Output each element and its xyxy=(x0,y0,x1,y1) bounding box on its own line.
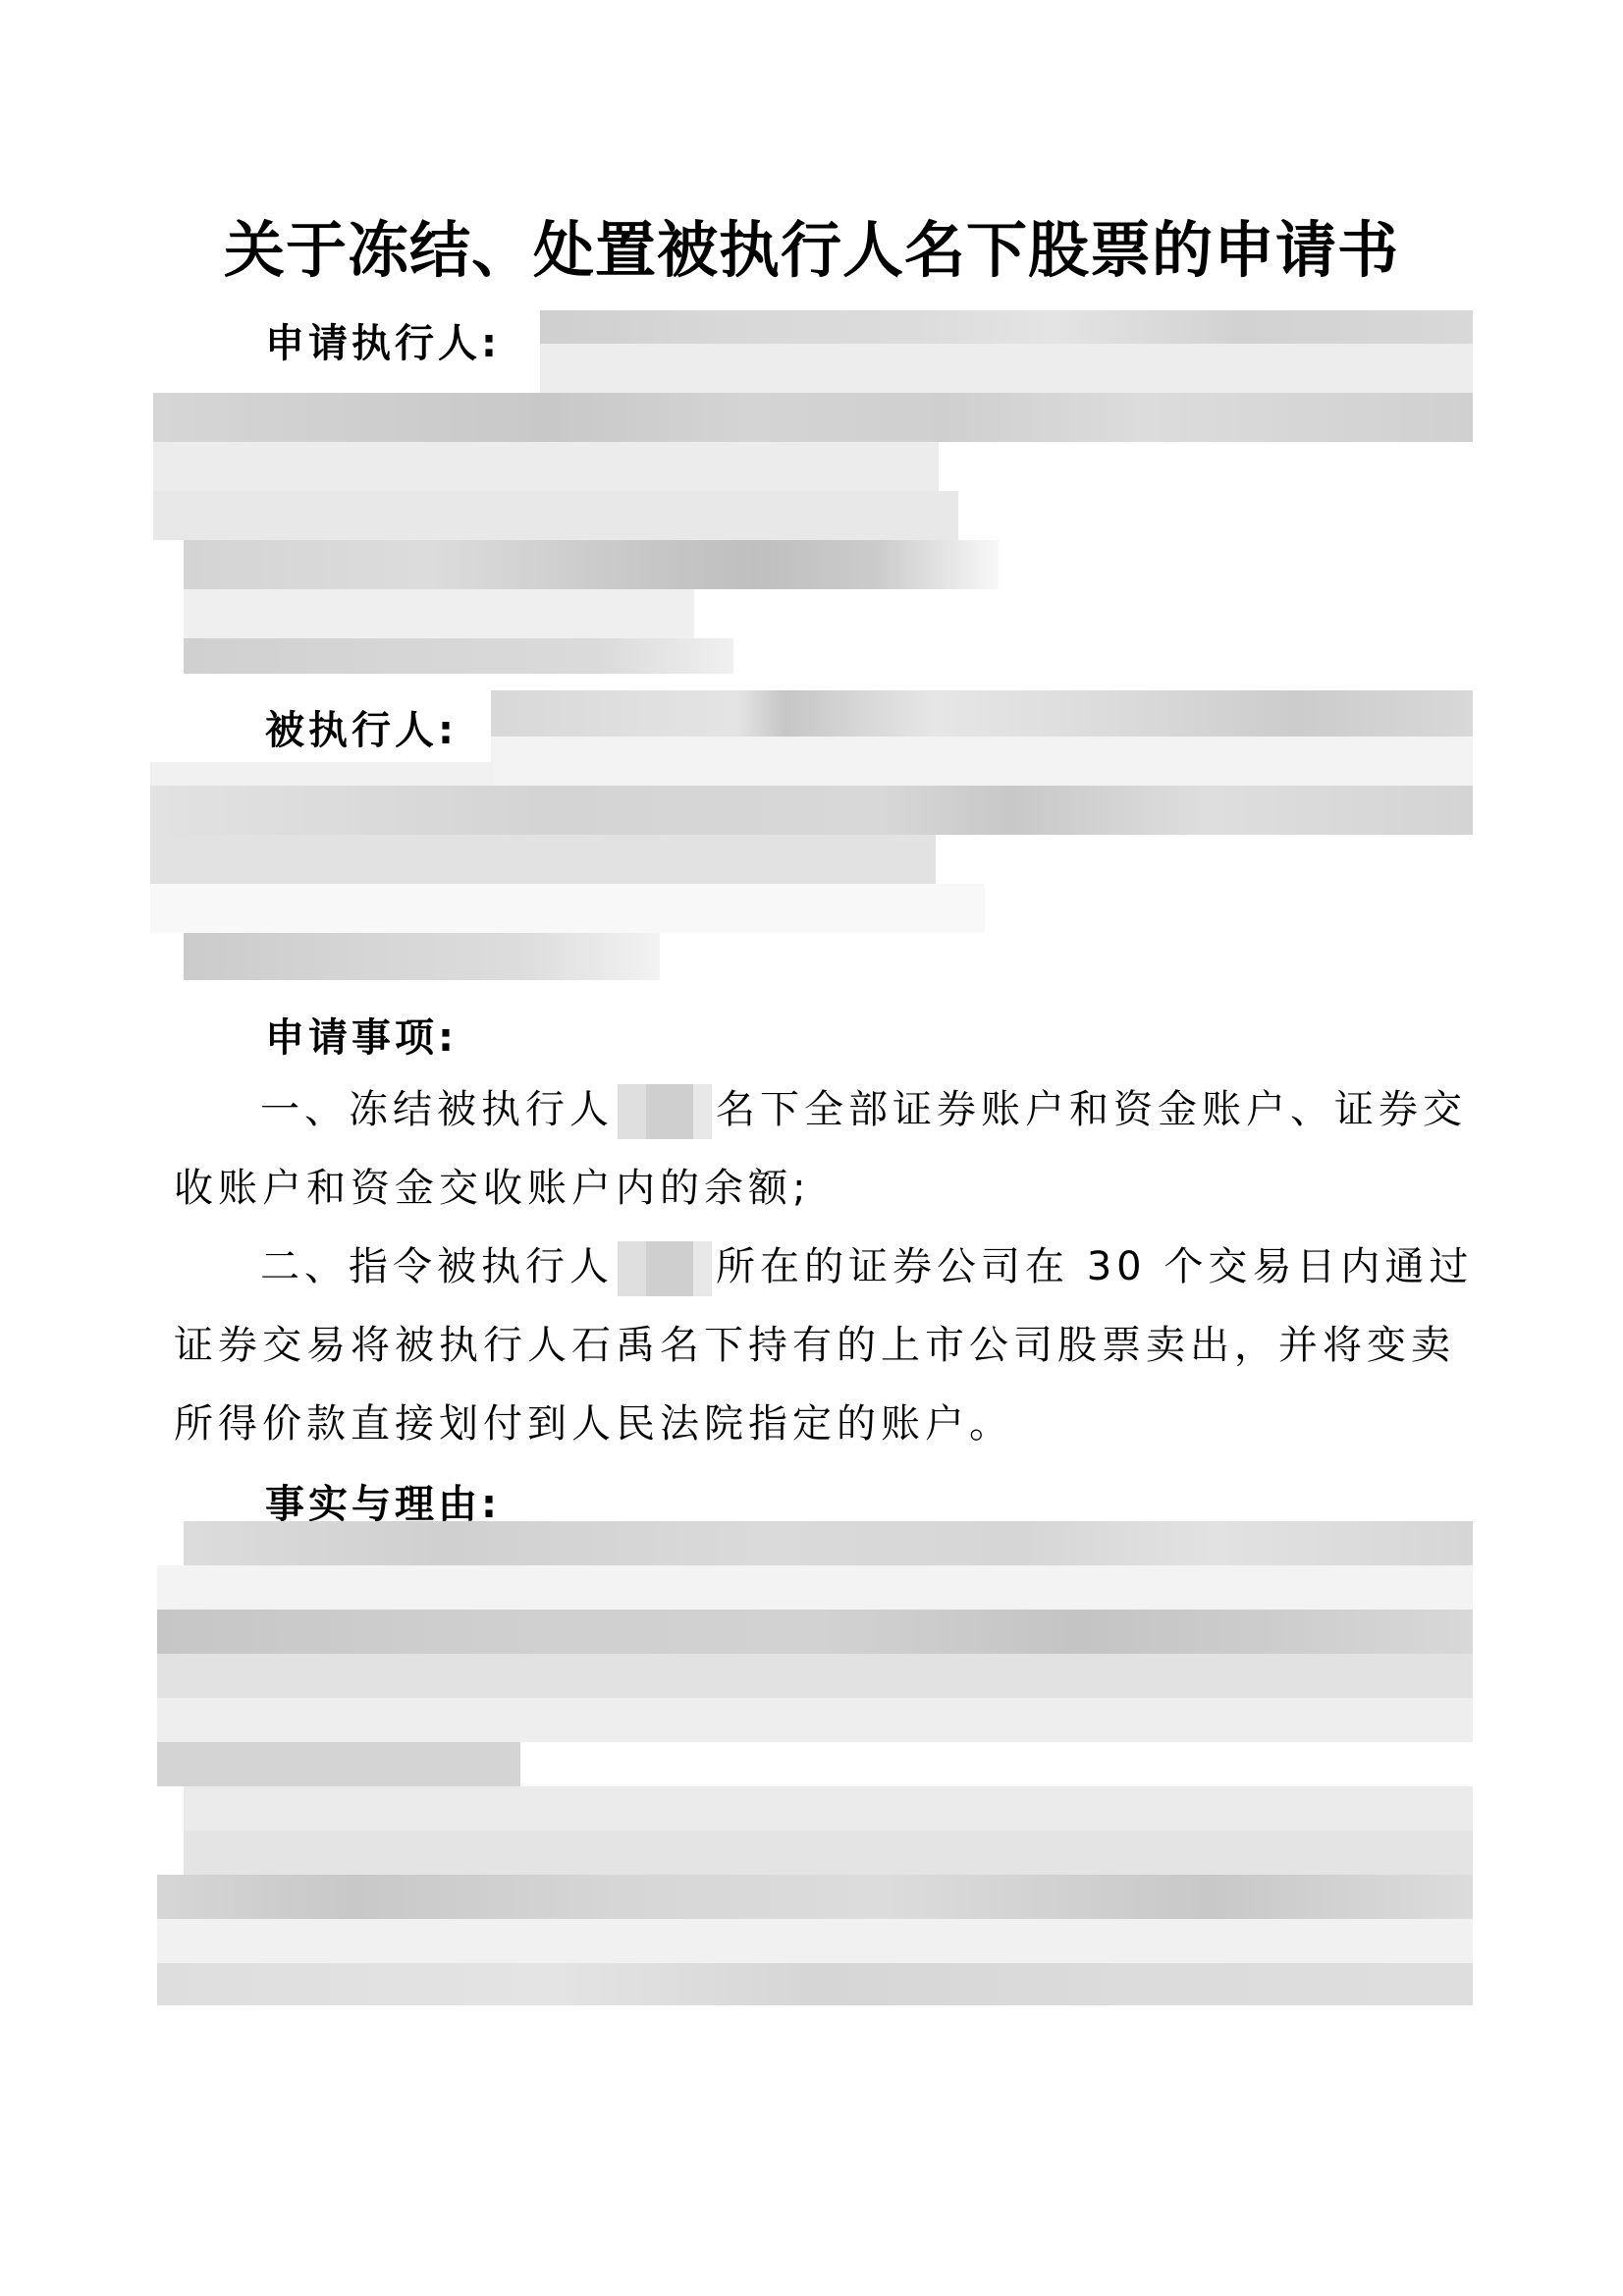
respondent-name-redacted xyxy=(618,1241,712,1296)
request-2-line-1: 二、指令被执行人所在的证券公司在 30 个交易日内通过 xyxy=(260,1235,1473,1296)
respondent-label: 被执行人: xyxy=(265,699,458,755)
document-title: 关于冻结、处置被执行人名下股票的申请书 xyxy=(0,201,1623,289)
requests-heading: 申请事项: xyxy=(265,1007,458,1063)
request-2-line-3: 所得价款直接划付到人民法院指定的账户。 xyxy=(174,1393,1013,1449)
respondent-name-redacted xyxy=(618,1084,712,1139)
applicant-label: 申请执行人: xyxy=(265,312,501,368)
request-1-text-b: 名下全部证券账户和资金账户、证券交 xyxy=(716,1087,1467,1132)
request-2-line-2: 证券交易将被执行人石禹名下持有的上市公司股票卖出，并将变卖 xyxy=(174,1314,1455,1370)
request-1-line-1: 一、冻结被执行人名下全部证券账户和资金账户、证券交 xyxy=(260,1078,1467,1139)
request-1-text-a: 一、冻结被执行人 xyxy=(260,1087,614,1132)
request-1-line-2: 收账户和资金交收账户内的余额; xyxy=(174,1157,810,1213)
request-2-text-b: 所在的证券公司在 30 个交易日内通过 xyxy=(716,1244,1473,1289)
request-2-text-a: 二、指令被执行人 xyxy=(260,1244,614,1289)
